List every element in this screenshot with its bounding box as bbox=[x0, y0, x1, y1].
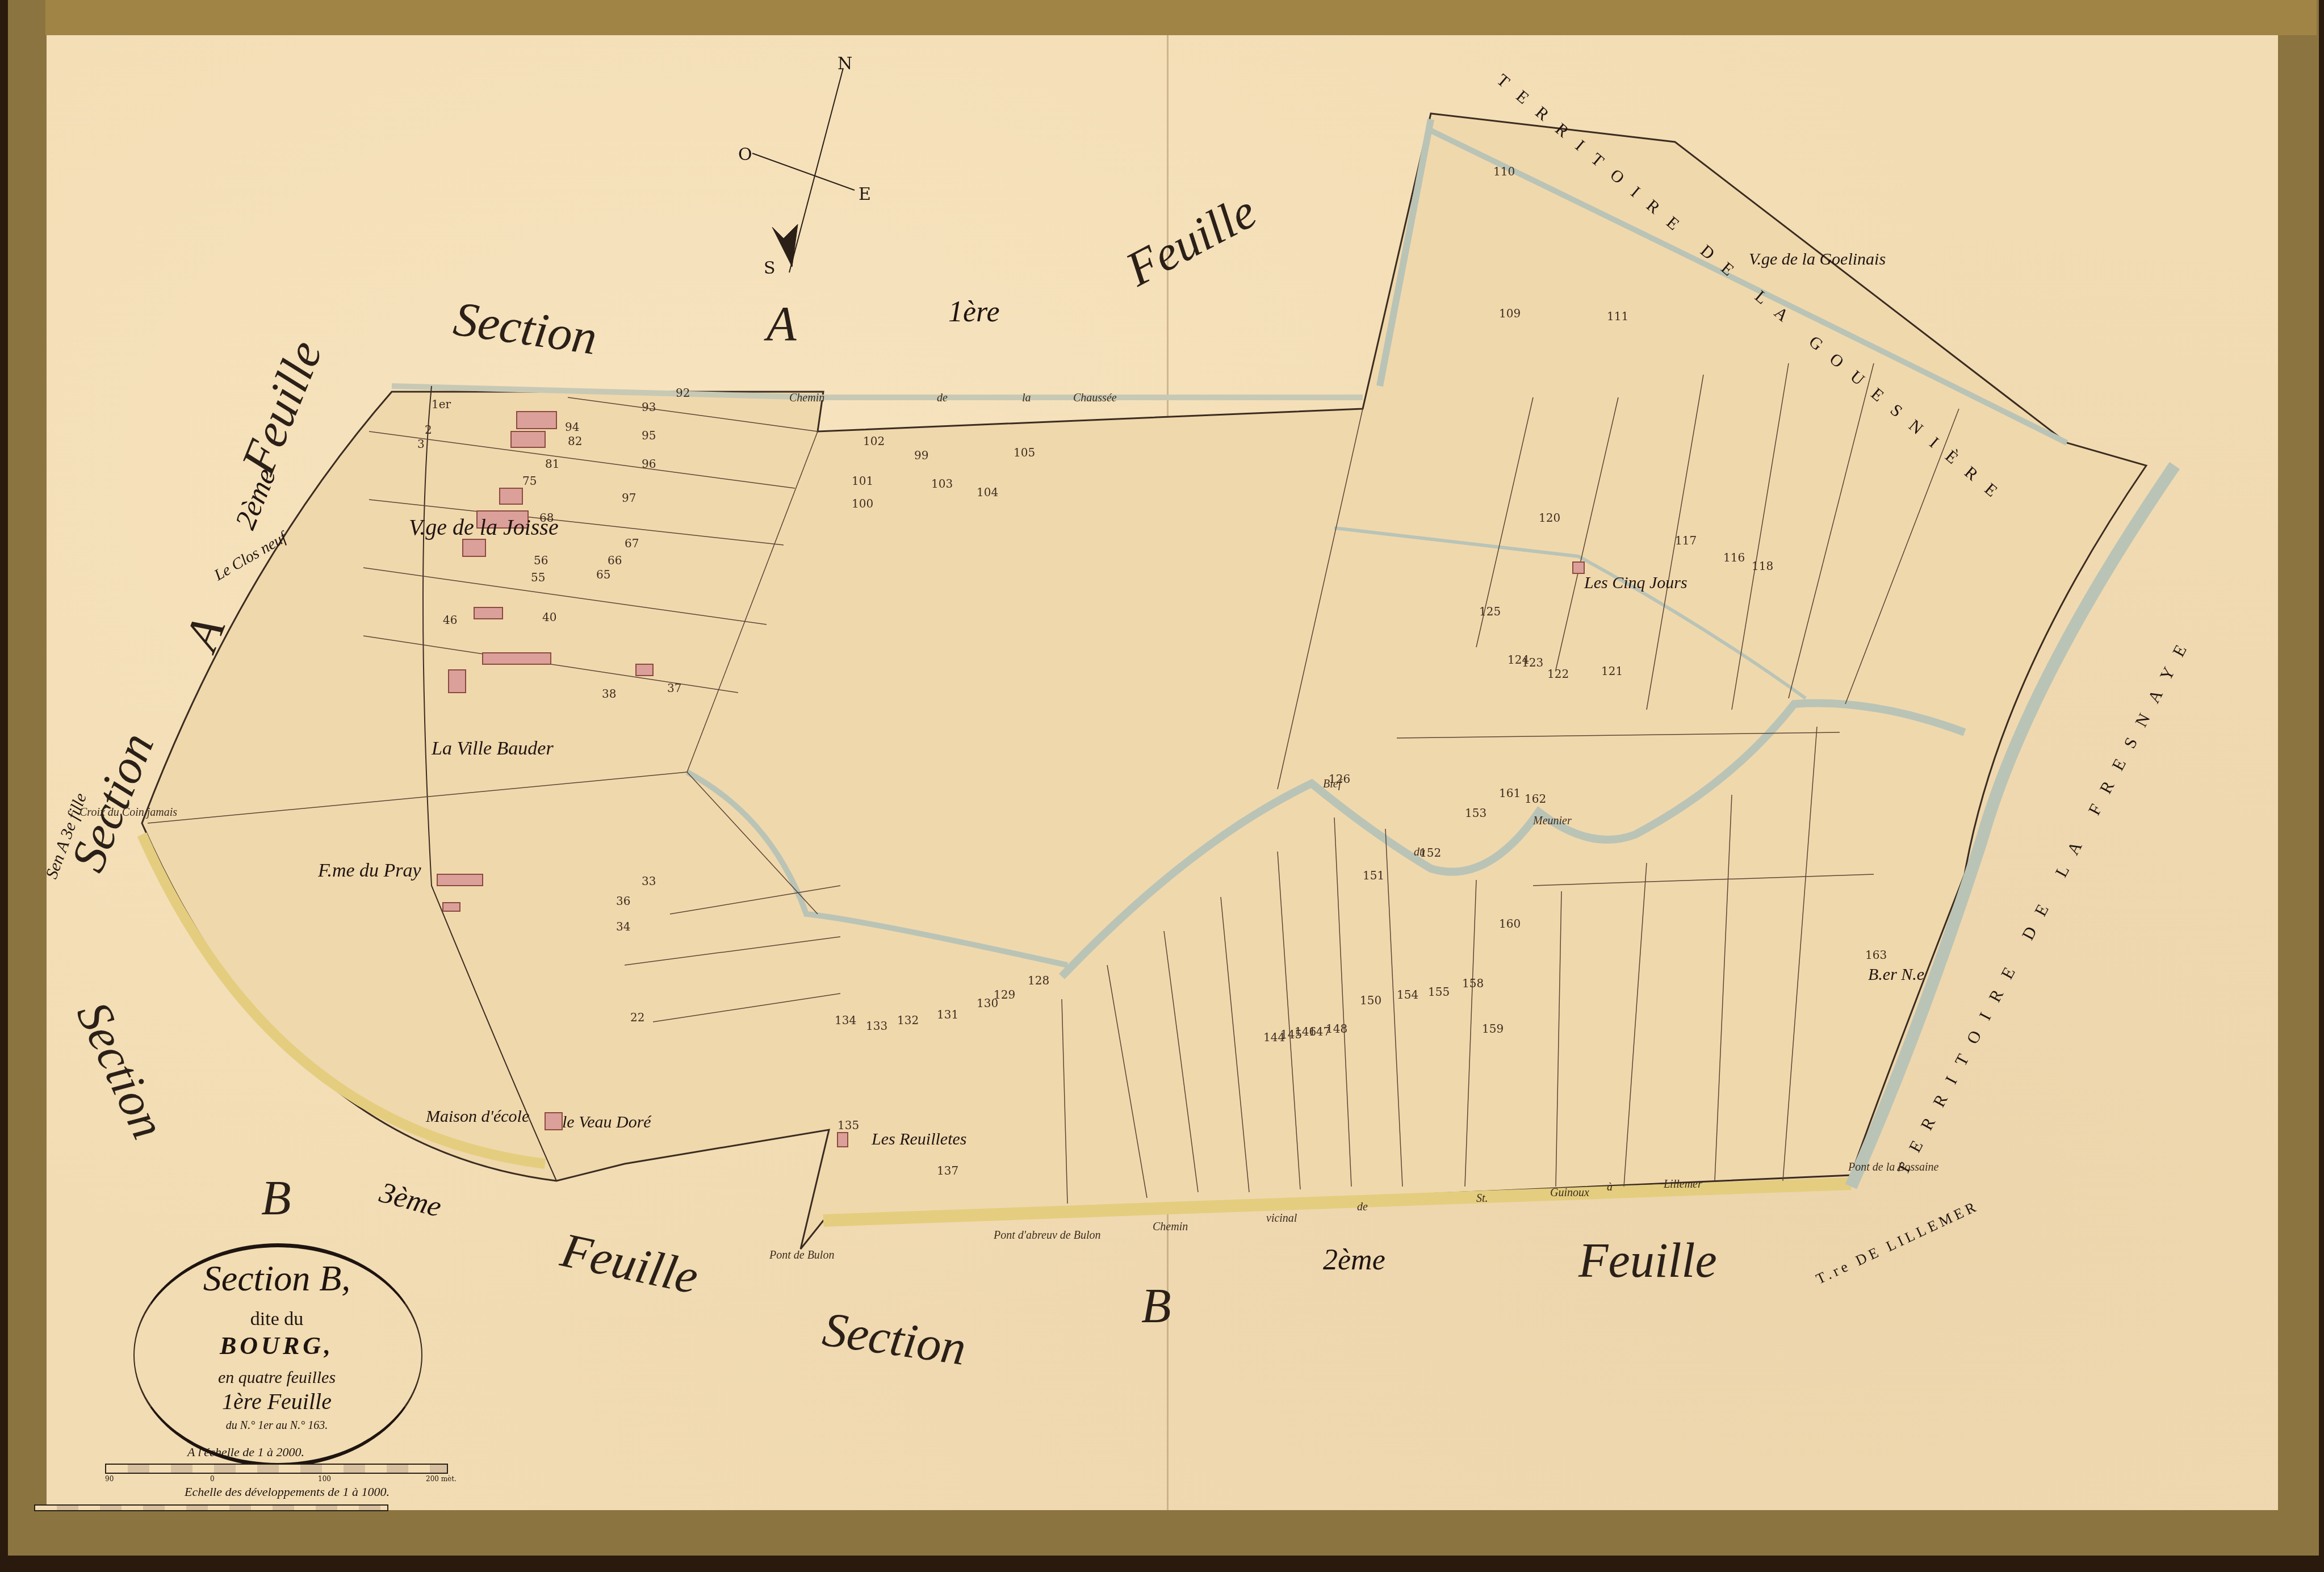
label-section-bottom-num: 2ème bbox=[1323, 1243, 1385, 1277]
parcel-number: 151 bbox=[1363, 869, 1384, 882]
parcel-number: 109 bbox=[1499, 307, 1521, 320]
road-vicinal-3: de bbox=[1357, 1201, 1368, 1214]
parcel-number: 67 bbox=[625, 536, 639, 550]
parcel-number: 124 bbox=[1508, 653, 1529, 666]
label-section-bl-letter: B bbox=[261, 1169, 291, 1226]
parcel-number: 75 bbox=[522, 474, 537, 488]
cartouche-line3: en quatre feuilles bbox=[133, 1368, 420, 1387]
parcel-number: 118 bbox=[1752, 559, 1773, 573]
parcel-number: 153 bbox=[1465, 806, 1486, 820]
parcel-number: 161 bbox=[1499, 786, 1521, 800]
compass-rose-icon bbox=[752, 68, 855, 273]
road-chaussee: Chaussée bbox=[1073, 392, 1117, 405]
scale-tick-90: 90 bbox=[105, 1475, 114, 1483]
parcel-number: 94 bbox=[565, 420, 579, 434]
parcel-number: 38 bbox=[602, 687, 616, 701]
parcel-number: 132 bbox=[897, 1013, 919, 1027]
parcel-number: 93 bbox=[642, 400, 656, 414]
label-section-top-letter: A bbox=[767, 295, 797, 352]
parcel-number: 1er bbox=[432, 397, 451, 411]
parcel-number: 97 bbox=[622, 491, 636, 505]
parcel-number: 33 bbox=[642, 874, 656, 888]
parcel-number: 116 bbox=[1723, 551, 1745, 564]
road-vicinal-6: à bbox=[1607, 1181, 1613, 1194]
parcel-number: 22 bbox=[630, 1011, 644, 1024]
parcel-number: 128 bbox=[1028, 974, 1049, 987]
parcel-number: 133 bbox=[866, 1019, 887, 1033]
scale-bar bbox=[105, 1464, 448, 1474]
parcel-number: 120 bbox=[1539, 511, 1560, 525]
place-maison-ecole: Maison d'école bbox=[426, 1107, 529, 1126]
place-bois-nieuc: B.er N.e bbox=[1868, 965, 1924, 984]
scale-tick-0: 0 bbox=[210, 1475, 215, 1483]
road-vicinal-2: vicinal bbox=[1266, 1212, 1297, 1225]
cartouche-name: BOURG, bbox=[133, 1331, 420, 1360]
parcel-number: 131 bbox=[937, 1008, 958, 1021]
scale-tick-100: 100 bbox=[318, 1475, 331, 1483]
parcel-number: 99 bbox=[914, 448, 928, 462]
parcel-number: 111 bbox=[1607, 309, 1628, 323]
parcel-number: 2 bbox=[425, 423, 432, 437]
parcel-number: 158 bbox=[1462, 976, 1484, 990]
scale-dev-caption: Echelle des développements de 1 à 1000. bbox=[185, 1485, 390, 1499]
parcel-number: 34 bbox=[616, 920, 630, 933]
road-la: la bbox=[1022, 392, 1031, 405]
parcel-number: 135 bbox=[838, 1118, 859, 1132]
road-meunier: Meunier bbox=[1533, 815, 1572, 828]
parcel-number: 150 bbox=[1360, 993, 1381, 1007]
road-pont-abreuv: Pont d'abreuv de Bulon bbox=[994, 1229, 1101, 1242]
parcel-number: 152 bbox=[1419, 846, 1441, 860]
scale-bar-dev bbox=[34, 1504, 388, 1511]
road-chemin: Chemin bbox=[789, 392, 824, 405]
place-ville-bauder: La Ville Bauder bbox=[432, 738, 554, 760]
parcel-number: 154 bbox=[1397, 988, 1418, 1001]
parcel-number: 110 bbox=[1493, 165, 1515, 178]
place-cinq-jours: Les Cinq Jours bbox=[1584, 573, 1687, 593]
parcel-number: 155 bbox=[1428, 985, 1450, 999]
parcel-number: 148 bbox=[1326, 1022, 1347, 1036]
road-de: de bbox=[937, 392, 948, 405]
place-pray: F.me du Pray bbox=[318, 860, 421, 882]
parcel-number: 122 bbox=[1547, 667, 1569, 681]
parcel-number: 130 bbox=[977, 996, 998, 1010]
parcel-number: 104 bbox=[977, 485, 998, 499]
parcel-number: 82 bbox=[568, 434, 582, 448]
parcel-number: 126 bbox=[1329, 772, 1350, 786]
parcel-number: 100 bbox=[852, 497, 873, 510]
parcel-number: 103 bbox=[931, 477, 953, 491]
road-vicinal-1: Chemin bbox=[1153, 1221, 1188, 1234]
label-section-top-num: 1ère bbox=[948, 295, 999, 329]
cartouche-sheet: 1ère Feuille bbox=[133, 1388, 420, 1415]
parcel-number: 159 bbox=[1482, 1022, 1504, 1036]
parcel-number: 101 bbox=[852, 474, 873, 488]
place-reuilletes: Les Reuilletes bbox=[872, 1130, 966, 1149]
place-veau-dore: le Veau Doré bbox=[562, 1113, 651, 1132]
parcel-number: 46 bbox=[443, 613, 457, 627]
scale-tick-200: 200 mèt. bbox=[426, 1475, 457, 1483]
place-joisse: V.ge de la Joisse bbox=[409, 514, 559, 540]
parcel-number: 163 bbox=[1865, 948, 1887, 962]
parcel-number: 96 bbox=[642, 457, 656, 471]
parcel-number: 40 bbox=[542, 610, 556, 624]
parcel-number: 55 bbox=[531, 571, 545, 584]
parcel-number: 134 bbox=[835, 1013, 856, 1027]
parcel-number: 105 bbox=[1014, 446, 1035, 459]
cartouche-subtitle: dite du bbox=[133, 1309, 420, 1330]
road-vicinal-5: Guinoux bbox=[1550, 1187, 1589, 1200]
compass-east: E bbox=[859, 185, 871, 204]
parcel-number: 162 bbox=[1525, 792, 1546, 806]
compass-west: O bbox=[738, 145, 752, 165]
place-goelinais: V.ge de la Goelinais bbox=[1749, 250, 1886, 269]
compass-north: N bbox=[838, 54, 852, 74]
road-pont-bossaine: Pont de la Bossaine bbox=[1848, 1161, 1938, 1174]
parcel-number: 68 bbox=[539, 511, 554, 525]
parcel-number: 65 bbox=[596, 568, 610, 581]
road-vicinal-7: Lillemer bbox=[1664, 1178, 1702, 1191]
parcel-number: 81 bbox=[545, 457, 559, 471]
parcel-number: 121 bbox=[1601, 664, 1623, 678]
parcel-number: 117 bbox=[1675, 534, 1697, 547]
road-pont-bulon: Pont de Bulon bbox=[769, 1249, 834, 1262]
label-feuille-bottom: Feuille bbox=[1578, 1232, 1717, 1289]
parcel-number: 36 bbox=[616, 894, 630, 908]
compass-south: S bbox=[764, 258, 776, 278]
label-section-bottom-letter: B bbox=[1141, 1277, 1171, 1334]
cartouche-range: du N.° 1er au N.° 163. bbox=[133, 1419, 420, 1432]
parcel-number: 160 bbox=[1499, 917, 1521, 930]
parcel-number: 102 bbox=[863, 434, 885, 448]
road-vicinal-4: St. bbox=[1476, 1192, 1488, 1205]
parcel-number: 125 bbox=[1479, 605, 1501, 618]
parcel-number: 92 bbox=[676, 386, 690, 400]
parcel-number: 37 bbox=[667, 681, 681, 695]
parcel-number: 3 bbox=[417, 437, 425, 451]
road-croix: Croix du Coin jamais bbox=[79, 806, 177, 819]
parcel-number: 56 bbox=[534, 554, 548, 567]
parcel-number: 95 bbox=[642, 429, 656, 442]
parcel-number: 66 bbox=[608, 554, 622, 567]
cartouche-title: Section B, bbox=[133, 1257, 420, 1299]
scale-caption: A l'échelle de 1 à 2000. bbox=[187, 1445, 304, 1460]
parcel-number: 137 bbox=[937, 1164, 958, 1177]
